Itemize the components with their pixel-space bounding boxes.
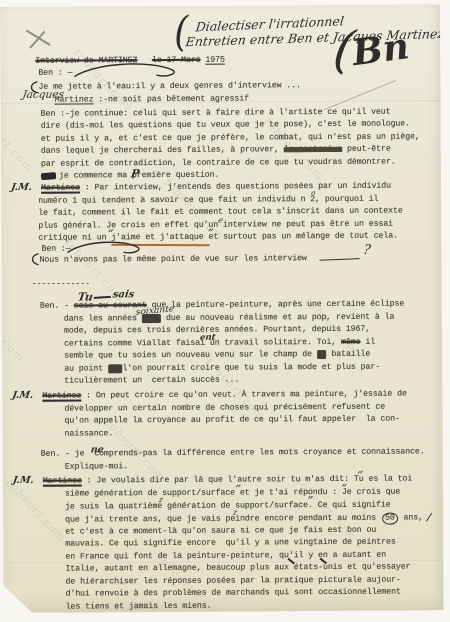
typed-line: certains comme Viallat faisai un travail… <box>64 337 375 348</box>
typed-line: Explique-moi. <box>65 462 128 471</box>
watermark-text: tobeart.com <box>0 107 36 175</box>
line-part: l'on pourrait croire que tu suis la mode… <box>122 362 380 373</box>
typed-line: mauvais. Ce qui signifie encore qu'il y … <box>65 538 395 549</box>
year: 1975 <box>205 56 224 65</box>
watermark-text: tobeart.com <box>0 297 27 365</box>
typed-line: au point quel'on pourrait croire que tu … <box>64 362 380 373</box>
typed-line: plus général. Je crois en effet qu'un in… <box>38 219 393 230</box>
ink-blot <box>41 172 56 180</box>
hand-strikeout: même <box>341 337 360 346</box>
line-part: bataille <box>326 350 370 359</box>
line-rest: : On peut croire ce qu'on veut. À traver… <box>81 390 407 401</box>
typed-line: et puis il y a, et c'est ce que je préfè… <box>41 132 420 143</box>
handwritten-jm: J.M. <box>10 182 33 193</box>
ben-monogram: Bn <box>350 25 412 74</box>
handwritten-sais: sais <box>112 289 135 300</box>
typed-line: en France qui font de la peinture-peintu… <box>65 550 386 561</box>
ink-blot: que <box>108 364 123 373</box>
handwritten-scribble <box>94 296 111 299</box>
typed-line: je suis la quatrième génération de suppo… <box>65 500 391 511</box>
circled-number: 50 <box>382 513 398 525</box>
line-part: ans, <box>399 513 423 522</box>
typed-line: dans lequel je chercherai des failles, à… <box>41 145 391 156</box>
line-part: au point <box>64 364 108 373</box>
typed-line: Ben :-je continue: celui qui sert à fair… <box>41 108 391 119</box>
line-part: due au nouveau réalisme et au pop, revie… <box>161 312 394 322</box>
speaker-name: Martinez <box>55 95 94 104</box>
watermark-text: tobeart.com <box>3 477 68 545</box>
handwritten-ne: ne <box>90 444 105 455</box>
ink-blot: la <box>317 350 327 359</box>
line-part: que j'ai trente ans, que je vais peindre… <box>65 514 381 525</box>
typed-line: Martinez : On peut croire ce qu'on veut.… <box>42 390 406 401</box>
pencil-slash <box>323 80 396 111</box>
typed-line: dire (dis-moi les questions que tu veux … <box>41 120 410 131</box>
handwritten-question-mark: ? <box>362 243 371 258</box>
line-part: dans lequel je chercherai des failles, à… <box>41 145 284 155</box>
typed-line: Italie, autant en allemagne, beaucoup pl… <box>65 563 410 574</box>
typed-line: Nous n'avons pas le même point de vue su… <box>40 254 307 265</box>
speaker-name-struck: Martinez <box>42 392 81 401</box>
typed-line: mode, depuis ces trois dernières années.… <box>64 325 370 336</box>
line-part: il <box>360 337 375 346</box>
typed-line: dans les années soix due au nouveau réal… <box>64 312 394 323</box>
line-part: peut-être <box>342 145 391 154</box>
line-part: que la peinture-peinture, après une cert… <box>147 300 405 311</box>
paper-sheet: tobeart.com tobeart.com tobeart.com tobe… <box>0 4 444 613</box>
line-rest: : Par interview, j'entends des questions… <box>80 182 391 193</box>
scanned-document: tobeart.com tobeart.com tobeart.com tobe… <box>0 0 450 622</box>
typed-line: et c'est à ce moment-là qu'on saura si c… <box>65 525 376 536</box>
typed-line: sième génération de support/surface et j… <box>65 488 400 499</box>
typed-line: les tiens et jamais les miens. <box>66 602 212 612</box>
typed-line: ticulièrement un certain succès ... <box>64 376 239 386</box>
typed-line: par esprit de contradiction, le contrair… <box>41 157 396 168</box>
speaker-name-struck: Martinez <box>43 477 82 486</box>
typed-line: Je me jette à l'eau:il y a deux genres d… <box>38 81 300 92</box>
typed-line: qu'on appelle la croyance au profit de c… <box>65 415 400 426</box>
handwritten-slash: / <box>426 512 431 523</box>
handwritten-dash <box>320 258 360 261</box>
speaker-name-struck: Martinez <box>41 184 80 193</box>
typed-line: numéro 1 qui tendent à savoir ce que fai… <box>38 194 378 205</box>
handwritten-jm: J.M. <box>12 390 35 401</box>
typed-line: naissance. <box>65 429 114 438</box>
typed-line: d'hui renvoie à des problèmes de marchan… <box>66 588 401 599</box>
line-part: et surtout pas un mélange de tout cela. <box>204 232 398 242</box>
typed-line: semble que tu soies un nouveau venu sur … <box>64 350 370 361</box>
swoosh-stroke-icon <box>72 62 180 81</box>
hook-stroke-icon <box>30 253 40 266</box>
typed-line: de hiérarchiser les réponses posées par … <box>65 575 400 586</box>
typed-line: Martinez : Par interview, j'entends des … <box>41 182 391 193</box>
typed-strikeout: lexcontraixe <box>284 145 342 154</box>
line-part: Ben. - <box>40 302 74 311</box>
typed-line: développer un certain nombre de choses q… <box>64 402 385 413</box>
handwritten-ent: ent <box>199 333 216 343</box>
typed-separator: ------------ <box>32 279 90 288</box>
typed-line: Ben. - sais au courant que la peinture-p… <box>40 300 404 311</box>
handwritten-insert-e: e <box>218 216 224 225</box>
line-part: certains comme Viallat faisai <box>64 338 205 348</box>
typed-line: Ben : — <box>38 69 72 78</box>
handwritten-tu: Tu <box>77 290 94 303</box>
line-part: un travail solitaire. Toi, <box>205 337 341 347</box>
typed-line: Martinez :-ne soit pas bêtement agressif <box>55 94 249 104</box>
line-rest: :-ne soit pas bêtement agressif <box>93 94 249 104</box>
line-part: semble que tu soies un nouveau venu sur … <box>64 350 317 361</box>
line-part: dans les années <box>64 314 142 323</box>
handwritten-jm: J.M. <box>12 475 35 486</box>
